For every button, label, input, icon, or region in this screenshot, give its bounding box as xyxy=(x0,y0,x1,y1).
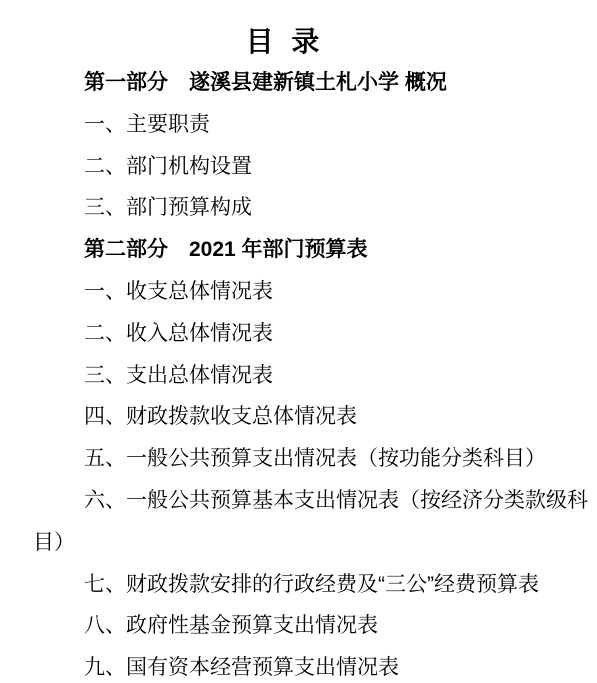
toc-item-part2-5: 五、一般公共预算支出情况表（按功能分类科目） xyxy=(33,438,590,480)
toc-item-part2-8: 八、政府性基金预算支出情况表 xyxy=(33,605,590,647)
toc-item-part2-3: 三、支出总体情况表 xyxy=(33,355,590,397)
toc-item-part1-3: 三、部门预算构成 xyxy=(33,187,590,229)
section-heading-part2: 第二部分 2021 年部门预算表 xyxy=(33,229,590,271)
document-page: 目 录 第一部分 遂溪县建新镇土札小学 概况 一、主要职责 二、部门机构设置 三… xyxy=(0,0,597,683)
toc-item-part1-2: 二、部门机构设置 xyxy=(33,146,590,188)
section-heading-part1: 第一部分 遂溪县建新镇土札小学 概况 xyxy=(33,62,590,104)
toc-item-part2-7: 七、财政拨款安排的行政经费及“三公”经费预算表 xyxy=(33,564,590,606)
toc-item-part2-1: 一、收支总体情况表 xyxy=(33,271,590,313)
page-title: 目 录 xyxy=(33,22,533,62)
toc-item-part2-9: 九、国有资本经营预算支出情况表 xyxy=(33,647,590,683)
toc-item-part1-1: 一、主要职责 xyxy=(33,104,590,146)
toc-item-part2-4: 四、财政拨款收支总体情况表 xyxy=(33,396,590,438)
toc-item-part2-6: 六、一般公共预算基本支出情况表（按经济分类款级科目） xyxy=(33,480,590,564)
table-of-contents: 第一部分 遂溪县建新镇土札小学 概况 一、主要职责 二、部门机构设置 三、部门预… xyxy=(33,62,590,683)
toc-item-part2-2: 二、收入总体情况表 xyxy=(33,313,590,355)
